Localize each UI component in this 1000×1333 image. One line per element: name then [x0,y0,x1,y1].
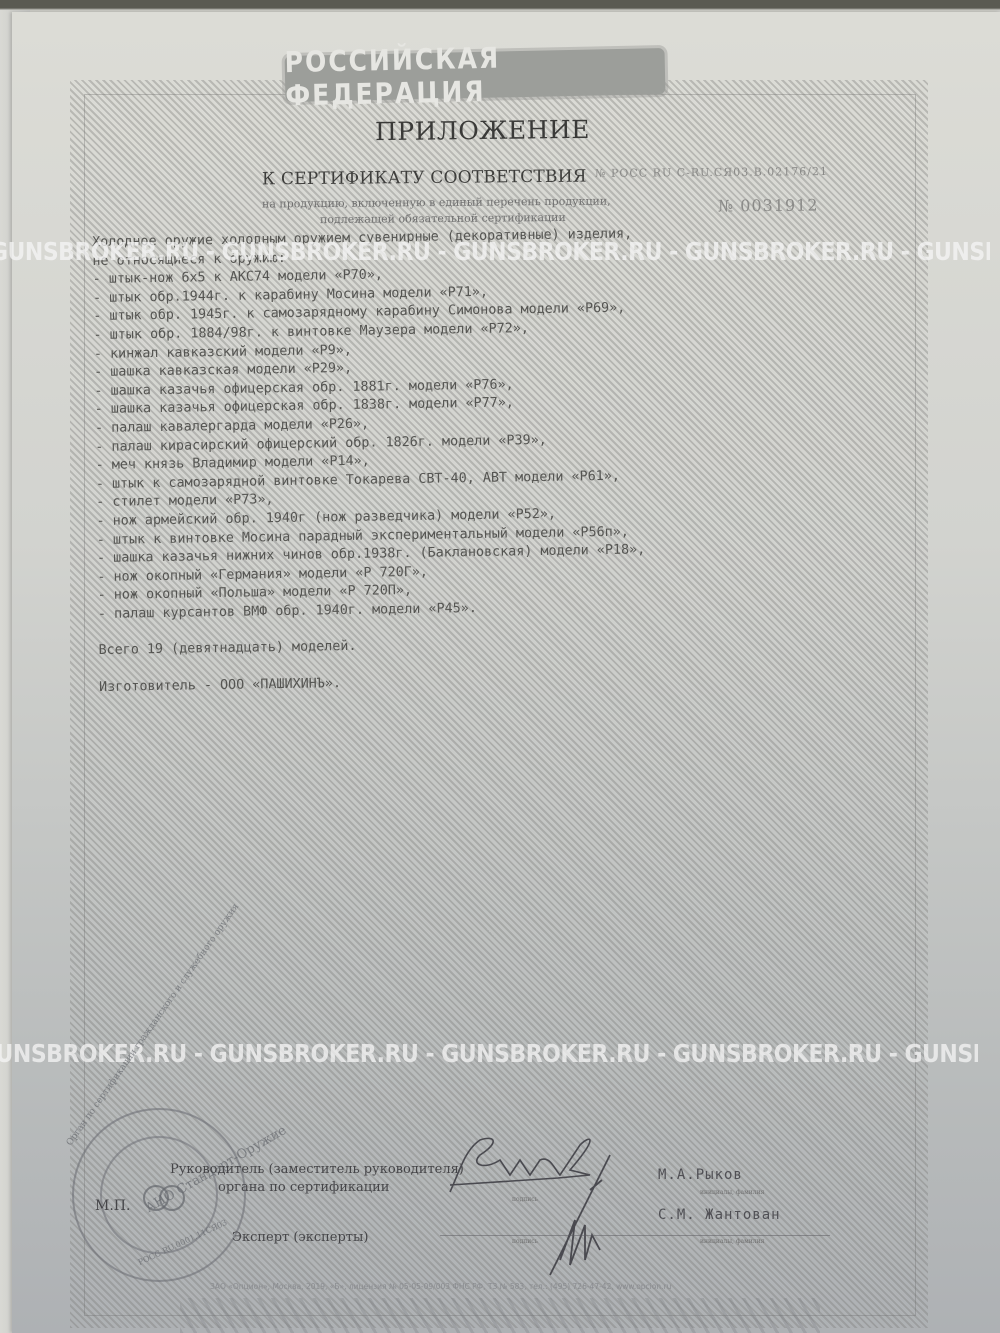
name-caption-1: инициалы, фамилия [700,1189,764,1196]
stamp-place-label: М.П. [95,1198,130,1214]
stamp-emblem-icon [142,1180,186,1216]
country-banner: РОССИЙСКАЯ ФЕДЕРАЦИЯ [285,48,666,102]
head-name: М.А.Рыков [658,1167,743,1183]
product-list: Холодное оружие холодным оружием сувенир… [92,222,859,698]
sign-caption-2: подпись [512,1238,538,1245]
printer-footer: ЗАО «Опцион», Москва, 2019, «Б», лицензи… [210,1282,671,1291]
official-stamp: АНО Стандарт-Оружие Орган по сертификаци… [72,1108,246,1282]
expert-name: С.М. Жантован [658,1207,781,1223]
watermark-bottom: GUNSBROKER.RU - GUNSBROKER.RU - GUNSBROK… [0,1040,978,1069]
form-serial-number: № 0031912 [718,196,819,216]
country-banner-text: РОССИЙСКАЯ ФЕДЕРАЦИЯ [284,38,665,113]
bottom-ornament [180,1298,820,1333]
expert-label: Эксперт (эксперты) [232,1230,368,1245]
document-subtitle: К СЕРТИФИКАТУ СООТВЕТСТВИЯ [262,167,587,190]
sign-caption-1: подпись [512,1196,538,1203]
certificate-number: № РОСС RU С-RU.СЯ03.В.02176/21 [595,165,828,180]
name-caption-2: инициалы, фамилия [700,1238,764,1245]
expert-signature [530,1150,640,1280]
head-label-2: органа по сертификации [218,1180,389,1195]
head-label: Руководитель (заместитель руководителя) [170,1162,464,1177]
expert-sign-line [440,1235,830,1236]
document-title: ПРИЛОЖЕНИЕ [375,115,590,146]
items-list: - штык-нож 6х5 к АКС74 модели «Р70»,- шт… [93,259,858,624]
watermark-top: GUNSBROKER.RU - GUNSBROKER.RU - GUNSBROK… [0,238,990,267]
caption-line-2: подлежащей обязательной сертификации [320,211,566,226]
